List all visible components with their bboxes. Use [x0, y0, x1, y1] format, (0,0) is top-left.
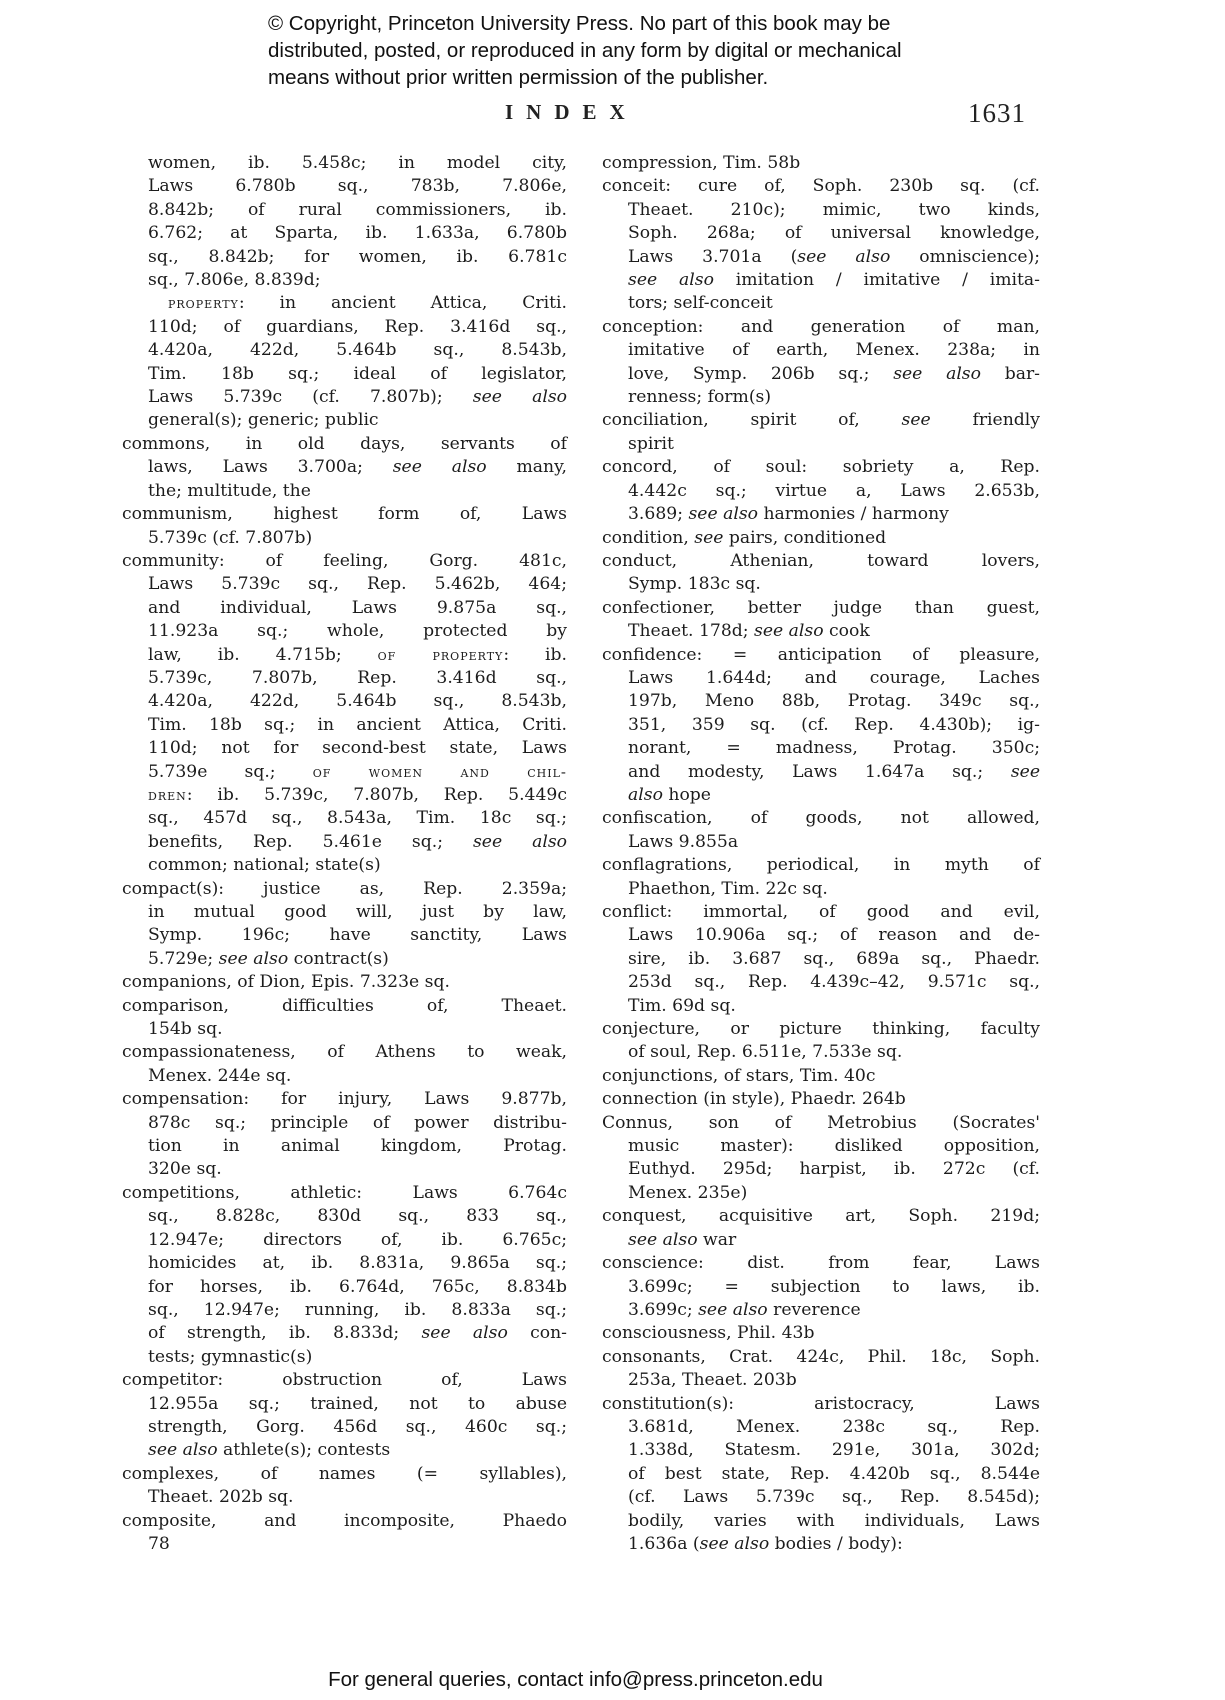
index-line: 78: [148, 1533, 567, 1556]
index-line: also hope: [628, 784, 1040, 807]
index-line: sq., 8.828c, 830d sq., 833 sq.,: [148, 1205, 567, 1228]
index-line: Connus, son of Metrobius (Socrates': [628, 1112, 1040, 1135]
index-line: 154b sq.: [148, 1018, 567, 1041]
index-entry: conjecture, or picture thinking, faculty…: [602, 1018, 1040, 1065]
index-line: renness; form(s): [628, 386, 1040, 409]
index-line: 3.681d, Menex. 238c sq., Rep.: [628, 1416, 1040, 1439]
index-line: confidence: = anticipation of pleasure,: [628, 644, 1040, 667]
index-line: and individual, Laws 9.875a sq.,: [148, 597, 567, 620]
index-line: 3.699c; = subjection to laws, ib.: [628, 1276, 1040, 1299]
see-also-reference: see also: [219, 949, 289, 969]
index-entry: confidence: = anticipation of pleasure,L…: [602, 644, 1040, 808]
index-line: see also war: [628, 1229, 1040, 1252]
index-line: Tim. 69d sq.: [628, 995, 1040, 1018]
index-line: 1.636a (see also bodies / body):: [628, 1533, 1040, 1556]
index-line: conflict: immortal, of good and evil,: [628, 901, 1040, 924]
index-line: 4.420a, 422d, 5.464b sq., 8.543b,: [148, 690, 567, 713]
index-line: tors; self-conceit: [628, 292, 1040, 315]
index-line: see also athlete(s); contests: [148, 1439, 567, 1462]
index-entry-continuation: women, ib. 5.458c; in model city,Laws 6.…: [122, 152, 567, 292]
index-line: 197b, Meno 88b, Protag. 349c sq.,: [628, 690, 1040, 713]
index-entry: conciliation, spirit of, see friendlyspi…: [602, 409, 1040, 456]
index-entry: constitution(s): aristocracy, Laws3.681d…: [602, 1393, 1040, 1557]
index-line: dren: ib. 5.739c, 7.807b, Rep. 5.449c: [148, 784, 567, 807]
index-line: Laws 3.701a (see also omniscience);: [628, 246, 1040, 269]
index-entry: confiscation, of goods, not allowed,Laws…: [602, 807, 1040, 854]
index-line: conduct, Athenian, toward lovers,: [628, 550, 1040, 573]
see-also-reference: see also: [628, 270, 714, 290]
index-line: 351, 359 sq. (cf. Rep. 4.430b); ig-: [628, 714, 1040, 737]
index-line: of soul, Rep. 6.511e, 7.533e sq.: [628, 1041, 1040, 1064]
small-caps-subheading: of women and chil-: [313, 763, 567, 781]
index-entry: conduct, Athenian, toward lovers,Symp. 1…: [602, 550, 1040, 597]
index-entry: Connus, son of Metrobius (Socrates'music…: [602, 1112, 1040, 1206]
index-line: Euthyd. 295d; harpist, ib. 272c (cf.: [628, 1158, 1040, 1181]
index-line: 3.699c; see also reverence: [628, 1299, 1040, 1322]
index-line: 253a, Theaet. 203b: [628, 1369, 1040, 1392]
index-entry: commons, in old days, servants oflaws, L…: [122, 433, 567, 503]
index-line: Tim. 18b sq.; ideal of legislator,: [148, 363, 567, 386]
index-line: in mutual good will, just by law,: [148, 901, 567, 924]
index-entry: conjunctions, of stars, Tim. 40c: [602, 1065, 1040, 1088]
index-subentry: property: in ancient Attica, Criti.110d;…: [122, 292, 567, 432]
index-line: 6.762; at Sparta, ib. 1.633a, 6.780b: [148, 222, 567, 245]
index-line: 110d; not for second-best state, Laws: [148, 737, 567, 760]
index-line: 1.338d, Statesm. 291e, 301a, 302d;: [628, 1439, 1040, 1462]
index-line: sq., 7.806e, 8.839d;: [148, 269, 567, 292]
index-line: Menex. 235e): [628, 1182, 1040, 1205]
index-line: Laws 10.906a sq.; of reason and de-: [628, 924, 1040, 947]
page-number: 1631: [968, 98, 1026, 129]
index-line: sire, ib. 3.687 sq., 689a sq., Phaedr.: [628, 948, 1040, 971]
index-line: Laws 6.780b sq., 783b, 7.806e,: [148, 175, 567, 198]
see-also-reference: see also: [473, 832, 567, 852]
index-line: conception: and generation of man,: [628, 316, 1040, 339]
index-line: Tim. 18b sq.; in ancient Attica, Criti.: [148, 714, 567, 737]
index-line: of best state, Rep. 4.420b sq., 8.544e: [628, 1463, 1040, 1486]
index-entry: compression, Tim. 58b: [602, 152, 1040, 175]
index-line: companions, of Dion, Epis. 7.323e sq.: [148, 971, 567, 994]
index-line: music master): disliked opposition,: [628, 1135, 1040, 1158]
index-line: Soph. 268a; of universal knowledge,: [628, 222, 1040, 245]
see-also-reference: see also: [393, 457, 487, 477]
index-line: commons, in old days, servants of: [148, 433, 567, 456]
index-entry: condition, see pairs, conditioned: [602, 527, 1040, 550]
index-line: Symp. 196c; have sanctity, Laws: [148, 924, 567, 947]
see-also-reference: see also: [698, 1300, 768, 1320]
index-line: Symp. 183c sq.: [628, 573, 1040, 596]
index-line: 4.442c sq.; virtue a, Laws 2.653b,: [628, 480, 1040, 503]
index-line: 5.739e sq.; of women and chil-: [148, 761, 567, 784]
index-line: Laws 9.855a: [628, 831, 1040, 854]
index-line: 5.739c, 7.807b, Rep. 3.416d sq.,: [148, 667, 567, 690]
index-entry: compensation: for injury, Laws 9.877b,87…: [122, 1088, 567, 1182]
index-line: general(s); generic; public: [148, 409, 567, 432]
see-also-reference: see also: [473, 387, 567, 407]
see-also-reference: see also: [421, 1323, 507, 1343]
small-caps-subheading: dren: [148, 786, 187, 804]
index-entry: conflagrations, periodical, in myth ofPh…: [602, 854, 1040, 901]
contact-text: For general queries, contact info@press.…: [328, 1668, 823, 1691]
index-line: compression, Tim. 58b: [628, 152, 1040, 175]
index-line: strength, Gorg. 456d sq., 460c sq.;: [148, 1416, 567, 1439]
index-line: of strength, ib. 8.833d; see also con-: [148, 1322, 567, 1345]
index-entry: concord, of soul: sobriety a, Rep.4.442c…: [602, 456, 1040, 526]
index-line: constitution(s): aristocracy, Laws: [628, 1393, 1040, 1416]
contact-footer: For general queries, contact info@press.…: [0, 1668, 1225, 1692]
index-line: 253d sq., Rep. 4.439c–42, 9.571c sq.,: [628, 971, 1040, 994]
index-entry: comparison, difficulties of, Theaet.154b…: [122, 995, 567, 1042]
index-line: (cf. Laws 5.739c sq., Rep. 8.545d);: [628, 1486, 1040, 1509]
index-line: 4.420a, 422d, 5.464b sq., 8.543b,: [148, 339, 567, 362]
index-line: comparison, difficulties of, Theaet.: [148, 995, 567, 1018]
index-line: competitor: obstruction of, Laws: [148, 1369, 567, 1392]
index-line: Phaethon, Tim. 22c sq.: [628, 878, 1040, 901]
index-line: community: of feeling, Gorg. 481c,: [148, 550, 567, 573]
index-entry: conquest, acquisitive art, Soph. 219d;se…: [602, 1205, 1040, 1252]
see-also-reference: see: [902, 410, 931, 430]
index-entry: compact(s): justice as, Rep. 2.359a;in m…: [122, 878, 567, 972]
index-line: 878c sq.; principle of power distribu-: [148, 1112, 567, 1135]
index-line: 8.842b; of rural commissioners, ib.: [148, 199, 567, 222]
index-line: confectioner, better judge than guest,: [628, 597, 1040, 620]
index-line: common; national; state(s): [148, 854, 567, 877]
index-line: sq., 8.842b; for women, ib. 6.781c: [148, 246, 567, 269]
index-line: conceit: cure of, Soph. 230b sq. (cf.: [628, 175, 1040, 198]
index-line: compact(s): justice as, Rep. 2.359a;: [148, 878, 567, 901]
index-line: love, Symp. 206b sq.; see also bar-: [628, 363, 1040, 386]
see-also-reference: see: [694, 528, 723, 548]
index-entry: conflict: immortal, of good and evil,Law…: [602, 901, 1040, 1018]
index-line: conflagrations, periodical, in myth of: [628, 854, 1040, 877]
index-entry: conception: and generation of man,imitat…: [602, 316, 1040, 410]
index-line: norant, = madness, Protag. 350c;: [628, 737, 1040, 760]
index-entry: complexes, of names (= syllables),Theaet…: [122, 1463, 567, 1510]
index-line: women, ib. 5.458c; in model city,: [148, 152, 567, 175]
index-entry: consonants, Crat. 424c, Phil. 18c, Soph.…: [602, 1346, 1040, 1393]
index-line: concord, of soul: sobriety a, Rep.: [628, 456, 1040, 479]
index-line: 11.923a sq.; whole, protected by: [148, 620, 567, 643]
index-line: sq., 457d sq., 8.543a, Tim. 18c sq.;: [148, 807, 567, 830]
index-line: and modesty, Laws 1.647a sq.; see: [628, 761, 1040, 784]
index-line: the; multitude, the: [148, 480, 567, 503]
index-line: confiscation, of goods, not allowed,: [628, 807, 1040, 830]
index-line: tests; gymnastic(s): [148, 1346, 567, 1369]
index-line: sq., 12.947e; running, ib. 8.833a sq.;: [148, 1299, 567, 1322]
see-also-reference: see also: [754, 621, 824, 641]
copyright-line: distributed, posted, or reproduced in an…: [268, 37, 988, 64]
copyright-line: © Copyright, Princeton University Press.…: [268, 10, 988, 37]
index-line: conjecture, or picture thinking, faculty: [628, 1018, 1040, 1041]
index-line: 5.729e; see also contract(s): [148, 948, 567, 971]
index-line: bodily, varies with individuals, Laws: [628, 1510, 1040, 1533]
index-line: Menex. 244e sq.: [148, 1065, 567, 1088]
index-line: imitative of earth, Menex. 238a; in: [628, 339, 1040, 362]
index-line: Theaet. 202b sq.: [148, 1486, 567, 1509]
running-head: INDEX 1631: [0, 98, 1225, 132]
index-line: conscience: dist. from fear, Laws: [628, 1252, 1040, 1275]
index-line: for horses, ib. 6.764d, 765c, 8.834b: [148, 1276, 567, 1299]
see-also-reference: see: [1011, 762, 1040, 782]
index-line: Theaet. 178d; see also cook: [628, 620, 1040, 643]
index-line: Laws 1.644d; and courage, Laches: [628, 667, 1040, 690]
index-line: Laws 5.739c (cf. 7.807b); see also: [148, 386, 567, 409]
index-line: see also imitation / imitative / imita-: [628, 269, 1040, 292]
index-line: tion in animal kingdom, Protag.: [148, 1135, 567, 1158]
small-caps-subheading: property: [168, 294, 239, 312]
index-line: competitions, athletic: Laws 6.764c: [148, 1182, 567, 1205]
small-caps-subheading: of property: [378, 646, 504, 664]
see-also-reference: see also: [893, 364, 981, 384]
index-line: condition, see pairs, conditioned: [628, 527, 1040, 550]
index-entry: competitor: obstruction of, Laws12.955a …: [122, 1369, 567, 1463]
index-line: connection (in style), Phaedr. 264b: [628, 1088, 1040, 1111]
index-column-left: women, ib. 5.458c; in model city,Laws 6.…: [122, 152, 567, 1556]
index-line: benefits, Rep. 5.461e sq.; see also: [148, 831, 567, 854]
copyright-line: means without prior written permission o…: [268, 64, 988, 91]
index-line: compensation: for injury, Laws 9.877b,: [148, 1088, 567, 1111]
index-line: consciousness, Phil. 43b: [628, 1322, 1040, 1345]
index-entry: companions, of Dion, Epis. 7.323e sq.: [122, 971, 567, 994]
index-line: Laws 5.739c sq., Rep. 5.462b, 464;: [148, 573, 567, 596]
index-entry: connection (in style), Phaedr. 264b: [602, 1088, 1040, 1111]
index-entry: compassionateness, of Athens to weak,Men…: [122, 1041, 567, 1088]
index-line: 12.947e; directors of, ib. 6.765c;: [148, 1229, 567, 1252]
index-entry: community: of feeling, Gorg. 481c,Laws 5…: [122, 550, 567, 878]
index-entry: conceit: cure of, Soph. 230b sq. (cf.The…: [602, 175, 1040, 315]
index-line: 3.689; see also harmonies / harmony: [628, 503, 1040, 526]
see-also-reference: see also: [797, 247, 890, 267]
index-line: complexes, of names (= syllables),: [148, 1463, 567, 1486]
see-also-reference: see also: [688, 504, 758, 524]
index-line: 110d; of guardians, Rep. 3.416d sq.,: [148, 316, 567, 339]
index-line: law, ib. 4.715b; of property: ib.: [148, 644, 567, 667]
index-line: compassionateness, of Athens to weak,: [148, 1041, 567, 1064]
index-line: laws, Laws 3.700a; see also many,: [148, 456, 567, 479]
index-line: conquest, acquisitive art, Soph. 219d;: [628, 1205, 1040, 1228]
index-line: communism, highest form of, Laws: [148, 503, 567, 526]
see-also-reference: see also: [628, 1230, 698, 1250]
index-line: 12.955a sq.; trained, not to abuse: [148, 1393, 567, 1416]
copyright-notice: © Copyright, Princeton University Press.…: [268, 10, 988, 91]
index-entry: confectioner, better judge than guest,Th…: [602, 597, 1040, 644]
index-line: homicides at, ib. 8.831a, 9.865a sq.;: [148, 1252, 567, 1275]
index-line: Theaet. 210c); mimic, two kinds,: [628, 199, 1040, 222]
index-entry: competitions, athletic: Laws 6.764csq., …: [122, 1182, 567, 1369]
index-entry: conscience: dist. from fear, Laws3.699c;…: [602, 1252, 1040, 1322]
index-line: composite, and incomposite, Phaedo: [148, 1510, 567, 1533]
index-line: 320e sq.: [148, 1158, 567, 1181]
index-line: property: in ancient Attica, Criti.: [148, 292, 567, 315]
index-line: spirit: [628, 433, 1040, 456]
index-entry: composite, and incomposite, Phaedo78: [122, 1510, 567, 1557]
index-column-right: compression, Tim. 58bconceit: cure of, S…: [602, 152, 1040, 1556]
running-title: INDEX: [505, 100, 638, 125]
index-entry: consciousness, Phil. 43b: [602, 1322, 1040, 1345]
index-line: conciliation, spirit of, see friendly: [628, 409, 1040, 432]
index-line: consonants, Crat. 424c, Phil. 18c, Soph.: [628, 1346, 1040, 1369]
see-also-reference: see also: [148, 1440, 218, 1460]
see-also-reference: see also: [700, 1534, 770, 1554]
index-entry: communism, highest form of, Laws5.739c (…: [122, 503, 567, 550]
see-also-reference: also: [628, 785, 663, 805]
index-line: 5.739c (cf. 7.807b): [148, 527, 567, 550]
index-line: conjunctions, of stars, Tim. 40c: [628, 1065, 1040, 1088]
